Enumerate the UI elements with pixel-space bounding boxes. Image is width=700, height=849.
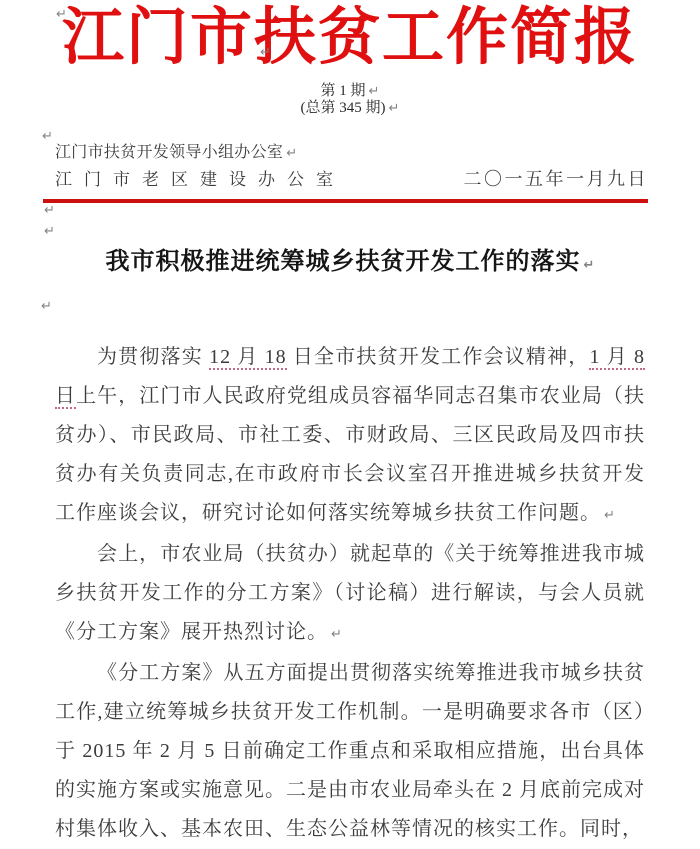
spellcheck-underline: 12 月 18 bbox=[209, 346, 287, 370]
paragraph-text: 上午，江门市人民政府党组成员容福华同志召集市农业局（扶贫办）、市民政局、市社工委… bbox=[55, 385, 645, 524]
issuing-org-date-row: 江门市老区建设办公室 二〇一五年一月九日 bbox=[55, 168, 648, 191]
paragraph-mark-icon: ↵ bbox=[41, 300, 52, 313]
issuing-org-primary-text: 江门市扶贫开发领导小组办公室 bbox=[55, 144, 283, 161]
issue-total: (总第 345 期) bbox=[301, 100, 386, 116]
paragraph-mark-icon: ↵ bbox=[260, 46, 271, 59]
masthead-divider-rule bbox=[43, 199, 648, 203]
masthead-title: 江门市扶贫工作简报 bbox=[0, 6, 700, 70]
paragraph-mark-icon: ↵ bbox=[44, 204, 55, 217]
paragraph: 会上，市农业局（扶贫办）就起草的《关于统筹推进我市城乡扶贫开发工作的分工方案》（… bbox=[55, 535, 645, 654]
document-date: 二〇一五年一月九日 bbox=[464, 168, 649, 191]
paragraph-mark-icon: ↵ bbox=[286, 146, 297, 161]
issue-number: 第 1 期 bbox=[321, 83, 366, 99]
issuing-org-secondary: 江门市老区建设办公室 bbox=[55, 168, 345, 191]
article-title-text: 我市积极推进统筹城乡扶贫开发工作的落实 bbox=[106, 249, 581, 275]
paragraph-mark-icon: ↵ bbox=[56, 8, 67, 21]
paragraph: 为贯彻落实 12 月 18 日全市扶贫开发工作会议精神，1 月 8 日上午，江门… bbox=[55, 338, 645, 535]
paragraph-mark-icon: ↵ bbox=[42, 130, 53, 143]
paragraph-mark-icon: ↵ bbox=[584, 258, 595, 273]
paragraph-mark-icon: ↵ bbox=[331, 627, 342, 642]
paragraph-mark-icon: ↵ bbox=[369, 84, 380, 99]
paragraph-mark-icon: ↵ bbox=[389, 101, 400, 116]
article-body: 为贯彻落实 12 月 18 日全市扶贫开发工作会议精神，1 月 8 日上午，江门… bbox=[55, 338, 645, 849]
paragraph-text: 会上，市农业局（扶贫办）就起草的《关于统筹推进我市城乡扶贫开发工作的分工方案》（… bbox=[55, 543, 645, 643]
paragraph: 《分工方案》从五方面提出贯彻落实统筹推进我市城乡扶贫工作,建立统筹城乡扶贫开发工… bbox=[55, 654, 645, 849]
issue-total-line: (总第 345 期)↵ bbox=[0, 100, 700, 117]
paragraph-mark-icon: ↵ bbox=[604, 508, 615, 523]
paragraph-text: 为贯彻落实 bbox=[97, 346, 209, 368]
paragraph-text: 《分工方案》从五方面提出贯彻落实统筹推进我市城乡扶贫工作,建立统筹城乡扶贫开发工… bbox=[55, 662, 645, 840]
document-page: ↵ ↵ ↵ ↵ ↵ ↵ 江门市扶贫工作简报 第 1 期↵ (总第 345 期)↵… bbox=[0, 0, 700, 849]
issuing-org-primary: 江门市扶贫开发领导小组办公室↵ bbox=[55, 144, 648, 163]
issuing-org-block: 江门市扶贫开发领导小组办公室↵ 江门市老区建设办公室 二〇一五年一月九日 bbox=[55, 144, 648, 191]
paragraph-text: 日全市扶贫开发工作会议精神， bbox=[287, 346, 590, 368]
issue-number-line: 第 1 期↵ bbox=[0, 83, 700, 100]
article-title: 我市积极推进统筹城乡扶贫开发工作的落实↵ bbox=[0, 247, 700, 281]
paragraph-mark-icon: ↵ bbox=[44, 225, 55, 238]
